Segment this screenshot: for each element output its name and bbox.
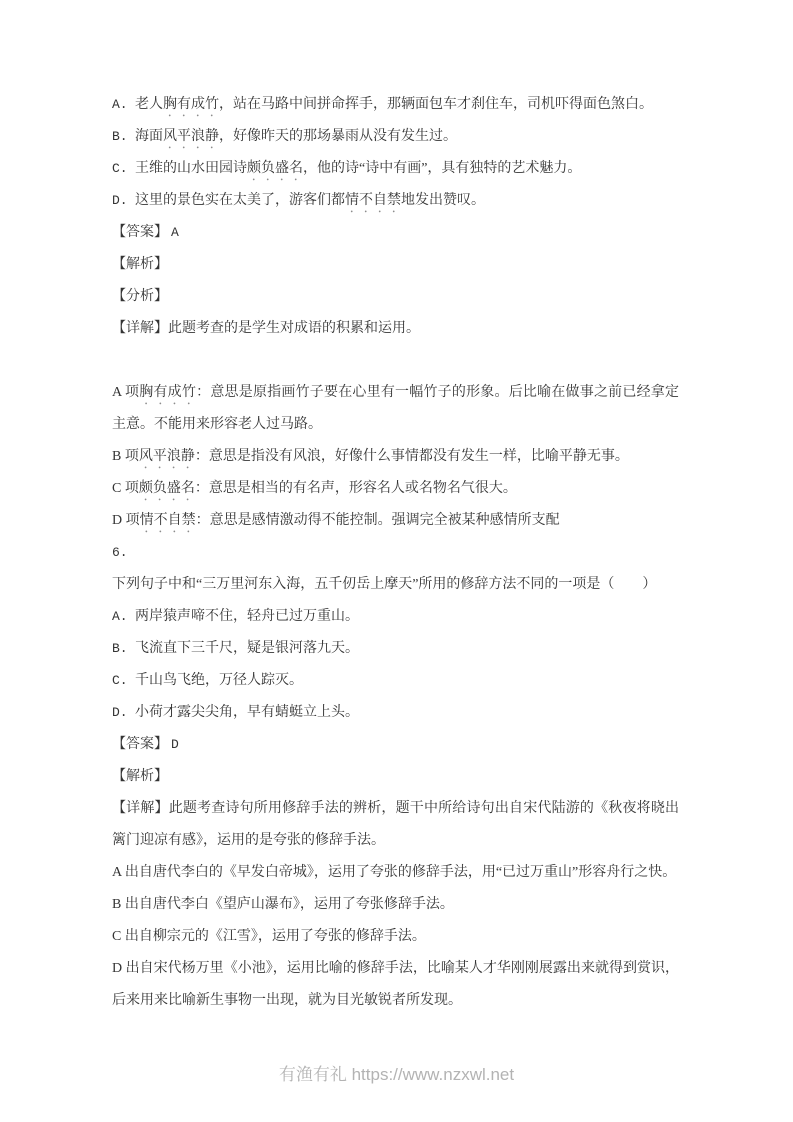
option-text: 地发出赞叹。 xyxy=(401,193,485,208)
option-label: C. xyxy=(112,665,135,697)
q5-option-b: B.海面风平浪静，好像昨天的那场暴雨从没有发生过。 xyxy=(112,121,679,153)
analysis-text: A 项 xyxy=(112,385,139,400)
analysis-text: ：意思是指没有风浪，好像什么事情都没有发生一样，比喻平静无事。 xyxy=(195,449,629,464)
q5-option-a: A.老人胸有成竹，站在马路中间拼命挥手，那辆面包车才刹住车，司机吓得面色煞白。 xyxy=(112,89,679,121)
emphasized-idiom: 胸有成竹 xyxy=(163,97,219,112)
option-label: B. xyxy=(112,633,135,665)
option-label: C. xyxy=(112,153,135,185)
option-text: ，站在马路中间拼命挥手，那辆面包车才刹住车，司机吓得面色煞白。 xyxy=(219,97,653,112)
analysis-text: B 项 xyxy=(112,449,139,464)
answer-label: 【答案】 xyxy=(112,737,168,752)
option-text: ，他的诗“诗中有画”，具有独特的艺术魅力。 xyxy=(303,161,581,176)
q6-stem: 6.下列句子中和“三万里河东入海，五千仞岳上摩天”所用的修辞方法不同的一项是（ … xyxy=(112,537,679,601)
answer-value: A xyxy=(171,225,179,240)
option-text: 飞流直下三千尺，疑是银河落九天。 xyxy=(135,641,359,656)
q5-analysis-item-b: B 项风平浪静：意思是指没有风浪，好像什么事情都没有发生一样，比喻平静无事。 xyxy=(112,441,679,473)
q6-option-c: C.千山鸟飞绝，万径人踪灭。 xyxy=(112,665,679,697)
analysis-text: C 项 xyxy=(112,481,139,496)
q5-detail-line: 【详解】此题考查的是学生对成语的积累和运用。 xyxy=(112,313,679,345)
option-label: B. xyxy=(112,121,135,153)
emphasized-idiom: 胸有成竹 xyxy=(139,385,196,400)
watermark-footer: 有渔有礼 https://www.nzxwl.net xyxy=(0,1063,793,1087)
q5-jiexi-heading: 【解析】 xyxy=(112,249,679,281)
q6-detail-line: 【详解】此题考查诗句所用修辞手法的辨析，题干中所给诗句出自宋代陆游的《秋夜将晓出… xyxy=(112,793,679,857)
option-text: 老人 xyxy=(135,97,163,112)
emphasized-idiom: 颇负盛名 xyxy=(247,161,303,176)
emphasized-idiom: 颇负盛名 xyxy=(139,481,195,496)
analysis-text: ：意思是相当的有名声，形容名人或名物名气很大。 xyxy=(195,481,517,496)
detail-label: 【详解】 xyxy=(112,321,168,336)
document-page: A.老人胸有成竹，站在马路中间拼命挥手，那辆面包车才刹住车，司机吓得面色煞白。 … xyxy=(0,0,793,1122)
option-text: 千山鸟飞绝，万径人踪灭。 xyxy=(135,673,303,688)
option-text: 两岸猿声啼不住，轻舟已过万重山。 xyxy=(135,609,359,624)
answer-label: 【答案】 xyxy=(112,225,168,240)
q6-option-a: A.两岸猿声啼不住，轻舟已过万重山。 xyxy=(112,601,679,633)
answer-value: D xyxy=(171,737,179,752)
q6-analysis-item-d: D 出自宋代杨万里《小池》，运用比喻的修辞手法，比喻某人才华刚刚展露出来就得到赏… xyxy=(112,953,679,1017)
q6-analysis-item-b: B 出自唐代李白《望庐山瀑布》，运用了夸张修辞手法。 xyxy=(112,889,679,921)
q6-option-b: B.飞流直下三千尺，疑是银河落九天。 xyxy=(112,633,679,665)
document-body: A.老人胸有成竹，站在马路中间拼命挥手，那辆面包车才刹住车，司机吓得面色煞白。 … xyxy=(112,89,679,1017)
question-text: 下列句子中和“三万里河东入海，五千仞岳上摩天”所用的修辞方法不同的一项是（ ） xyxy=(112,577,656,592)
emphasized-idiom: 风平浪静 xyxy=(163,129,219,144)
q6-option-d: D.小荷才露尖尖角，早有蜻蜓立上头。 xyxy=(112,697,679,729)
detail-text: 此题考查诗句所用修辞手法的辨析，题干中所给诗句出自宋代陆游的《秋夜将晓出篱门迎凉… xyxy=(112,801,679,848)
q5-analysis-item-d: D 项情不自禁：意思是感情激动得不能控制。强调完全被某种感情所支配 xyxy=(112,505,679,537)
option-label: D. xyxy=(112,697,135,729)
analysis-text: D 项 xyxy=(112,513,140,528)
option-text: 王维的山水田园诗 xyxy=(135,161,247,176)
option-label: D. xyxy=(112,185,135,217)
analysis-text: ：意思是感情激动得不能控制。强调完全被某种感情所支配 xyxy=(196,513,560,528)
option-label: A. xyxy=(112,89,135,121)
blank-line xyxy=(112,345,679,377)
emphasized-idiom: 风平浪静 xyxy=(139,449,195,464)
detail-label: 【详解】 xyxy=(112,801,169,816)
q5-fenxi-heading: 【分析】 xyxy=(112,281,679,313)
q5-analysis-item-c: C 项颇负盛名：意思是相当的有名声，形容名人或名物名气很大。 xyxy=(112,473,679,505)
emphasized-idiom: 情不自禁 xyxy=(140,513,196,528)
q5-option-d: D.这里的景色实在太美了，游客们都情不自禁地发出赞叹。 xyxy=(112,185,679,217)
detail-text: 此题考查的是学生对成语的积累和运用。 xyxy=(168,321,420,336)
q5-option-c: C.王维的山水田园诗颇负盛名，他的诗“诗中有画”，具有独特的艺术魅力。 xyxy=(112,153,679,185)
emphasized-idiom: 情不自禁 xyxy=(345,193,401,208)
option-label: A. xyxy=(112,601,135,633)
option-text: ，好像昨天的那场暴雨从没有发生过。 xyxy=(219,129,457,144)
option-text: 小荷才露尖尖角，早有蜻蜓立上头。 xyxy=(135,705,359,720)
question-number: 6. xyxy=(112,537,135,569)
q5-answer-line: 【答案】A xyxy=(112,217,679,249)
analysis-text: ：意思是原指画竹子要在心里有一幅竹子的形象。后比喻在做事之前已经拿定主意。不能用… xyxy=(112,385,679,432)
option-text: 海面 xyxy=(135,129,163,144)
q6-analysis-item-a: A 出自唐代李白的《早发白帝城》，运用了夸张的修辞手法，用“已过万重山”形容舟行… xyxy=(112,857,679,889)
q6-analysis-item-c: C 出自柳宗元的《江雪》，运用了夸张的修辞手法。 xyxy=(112,921,679,953)
option-text: 这里的景色实在太美了，游客们都 xyxy=(135,193,345,208)
q6-answer-line: 【答案】D xyxy=(112,729,679,761)
q5-analysis-item-a: A 项胸有成竹：意思是原指画竹子要在心里有一幅竹子的形象。后比喻在做事之前已经拿… xyxy=(112,377,679,441)
q6-jiexi-heading: 【解析】 xyxy=(112,761,679,793)
